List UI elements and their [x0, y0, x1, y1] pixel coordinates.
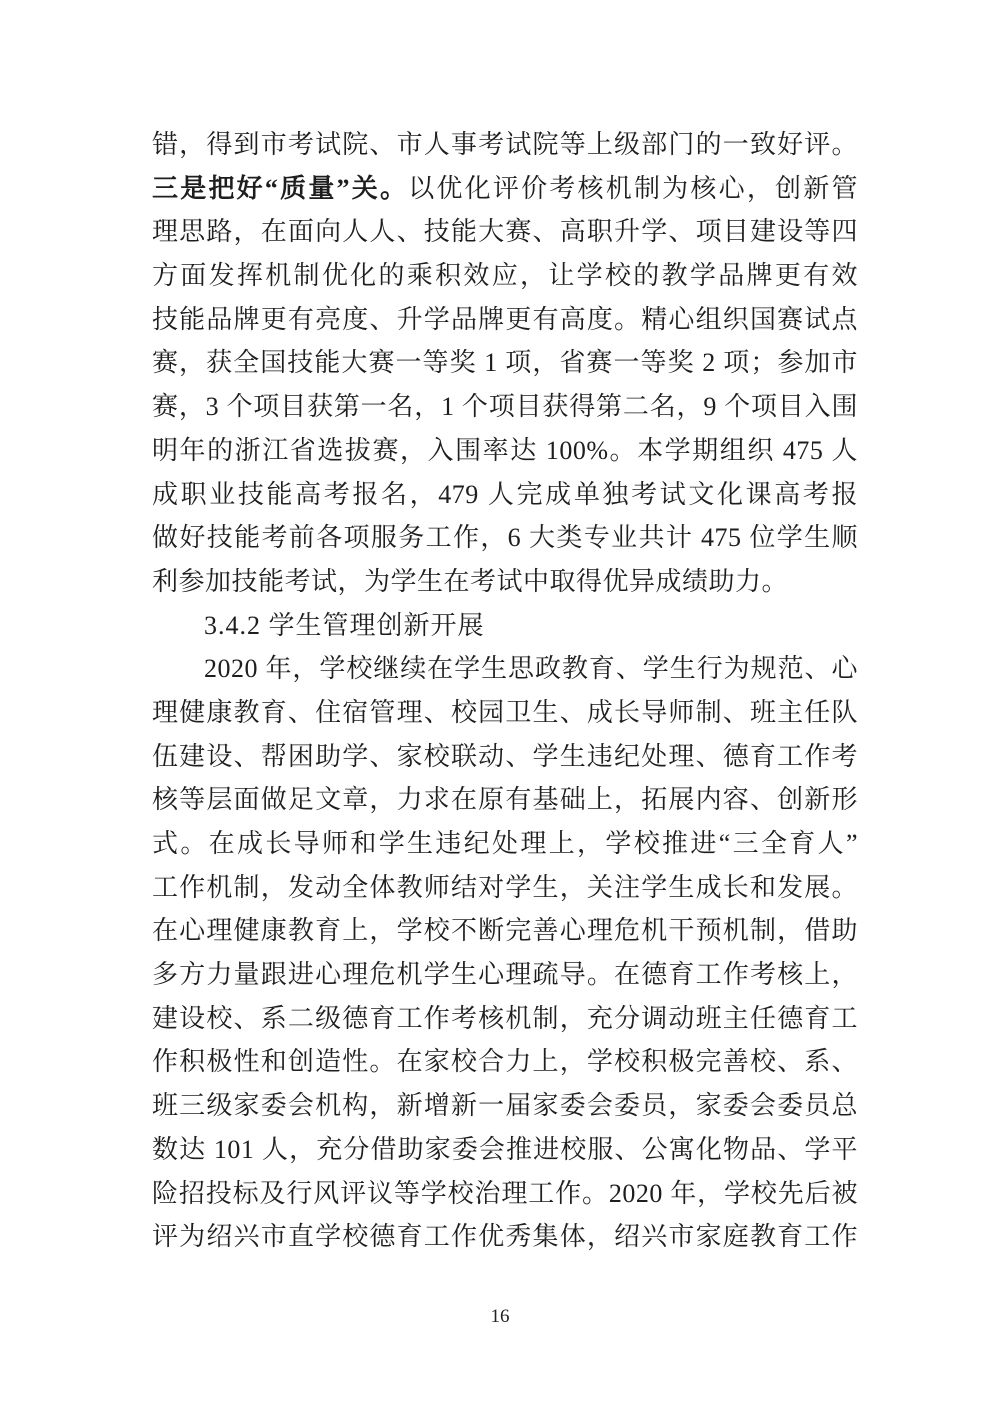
body-text: 做好技能考前各项服务工作，6 大类专业共计 475 位学生顺	[152, 523, 858, 552]
body-text: 赛，获全国技能大赛一等奖 1 项，省赛一等奖 2 项；参加市	[152, 348, 858, 377]
text-line: 评为绍兴市直学校德育工作优秀集体，绍兴市家庭教育工作	[152, 1215, 858, 1259]
text-line: 数达 101 人，充分借助家委会推进校服、公寓化物品、学平	[152, 1128, 858, 1172]
body-text: 作积极性和创造性。在家校合力上，学校积极完善校、系、	[152, 1047, 858, 1076]
text-line: 作积极性和创造性。在家校合力上，学校积极完善校、系、	[152, 1040, 858, 1084]
page-number: 16	[0, 1303, 1000, 1331]
text-line: 式。在成长导师和学生违纪处理上，学校推进“三全育人”	[152, 822, 858, 866]
bold-emphasis-text: 三是把好“质量”关。	[152, 174, 408, 203]
text-line: 伍建设、帮困助学、家校联动、学生违纪处理、德育工作考	[152, 735, 858, 779]
body-text: 伍建设、帮困助学、家校联动、学生违纪处理、德育工作考	[152, 742, 858, 771]
text-line: 赛，3 个项目获第一名，1 个项目获得第二名，9 个项目入围	[152, 385, 858, 429]
body-text: 利参加技能考试，为学生在考试中取得优异成绩助力。	[152, 567, 788, 596]
text-line: 核等层面做足文章，力求在原有基础上，拓展内容、创新形	[152, 778, 858, 822]
text-line: 2020 年，学校继续在学生思政教育、学生行为规范、心	[152, 647, 858, 691]
body-text: 错，得到市考试院、市人事考试院等上级部门的一致好评。	[152, 130, 858, 159]
document-page: 错，得到市考试院、市人事考试院等上级部门的一致好评。三是把好“质量”关。以优化评…	[0, 0, 1000, 1415]
text-line: 赛，获全国技能大赛一等奖 1 项，省赛一等奖 2 项；参加市	[152, 341, 858, 385]
text-line: 在心理健康教育上，学校不断完善心理危机干预机制，借助	[152, 909, 858, 953]
body-text: 工作机制，发动全体教师结对学生，关注学生成长和发展。	[152, 873, 858, 902]
text-line: 多方力量跟进心理危机学生心理疏导。在德育工作考核上，	[152, 953, 858, 997]
text-line: 方面发挥机制优化的乘积效应，让学校的教学品牌更有效度、	[152, 254, 858, 298]
body-text: 以优化评价考核机制为核心，创新管	[408, 174, 858, 203]
body-text: 多方力量跟进心理危机学生心理疏导。在德育工作考核上，	[152, 960, 858, 989]
text-line: 明年的浙江省选拔赛，入围率达 100%。本学期组织 475 人完	[152, 429, 858, 473]
text-line: 做好技能考前各项服务工作，6 大类专业共计 475 位学生顺	[152, 516, 858, 560]
text-line: 班三级家委会机构，新增新一届家委会委员，家委会委员总	[152, 1084, 858, 1128]
body-text: 2020 年，学校继续在学生思政教育、学生行为规范、心	[204, 654, 858, 683]
body-text: 式。在成长导师和学生违纪处理上，学校推进“三全育人”	[152, 829, 858, 858]
text-line: 技能品牌更有亮度、升学品牌更有高度。精心组织国赛试点	[152, 298, 858, 342]
text-line: 建设校、系二级德育工作考核机制，充分调动班主任德育工	[152, 997, 858, 1041]
body-text: 建设校、系二级德育工作考核机制，充分调动班主任德育工	[152, 1004, 858, 1033]
body-text: 班三级家委会机构，新增新一届家委会委员，家委会委员总	[152, 1091, 858, 1120]
body-text: 理健康教育、住宿管理、校园卫生、成长导师制、班主任队	[152, 698, 858, 727]
body-text: 技能品牌更有亮度、升学品牌更有高度。精心组织国赛试点	[152, 305, 858, 334]
text-line: 理思路，在面向人人、技能大赛、高职升学、项目建设等四	[152, 210, 858, 254]
body-text: 成职业技能高考报名，479 人完成单独考试文化课高考报名，	[152, 480, 858, 517]
text-line: 错，得到市考试院、市人事考试院等上级部门的一致好评。	[152, 123, 858, 167]
body-text: 在心理健康教育上，学校不断完善心理危机干预机制，借助	[152, 916, 858, 945]
text-line: 利参加技能考试，为学生在考试中取得优异成绩助力。	[152, 560, 858, 604]
text-line: 三是把好“质量”关。以优化评价考核机制为核心，创新管	[152, 167, 858, 211]
text-line: 理健康教育、住宿管理、校园卫生、成长导师制、班主任队	[152, 691, 858, 735]
body-text: 险招投标及行风评议等学校治理工作。2020 年，学校先后被	[152, 1179, 858, 1208]
text-line: 工作机制，发动全体教师结对学生，关注学生成长和发展。	[152, 866, 858, 910]
body-text: 赛，3 个项目获第一名，1 个项目获得第二名，9 个项目入围	[152, 392, 858, 421]
body-text: 数达 101 人，充分借助家委会推进校服、公寓化物品、学平	[152, 1135, 858, 1164]
body-text: 明年的浙江省选拔赛，入围率达 100%。本学期组织 475 人完	[152, 436, 858, 473]
text-line: 险招投标及行风评议等学校治理工作。2020 年，学校先后被	[152, 1172, 858, 1216]
body-text: 3.4.2 学生管理创新开展	[204, 611, 485, 640]
body-text: 核等层面做足文章，力求在原有基础上，拓展内容、创新形	[152, 785, 858, 814]
body-text: 评为绍兴市直学校德育工作优秀集体，绍兴市家庭教育工作	[152, 1222, 858, 1251]
text-line: 成职业技能高考报名，479 人完成单独考试文化课高考报名，	[152, 473, 858, 517]
body-text: 理思路，在面向人人、技能大赛、高职升学、项目建设等四	[152, 217, 858, 246]
text-block: 错，得到市考试院、市人事考试院等上级部门的一致好评。三是把好“质量”关。以优化评…	[152, 123, 858, 1259]
section-heading: 3.4.2 学生管理创新开展	[152, 604, 858, 648]
body-text: 方面发挥机制优化的乘积效应，让学校的教学品牌更有效度、	[152, 261, 858, 298]
